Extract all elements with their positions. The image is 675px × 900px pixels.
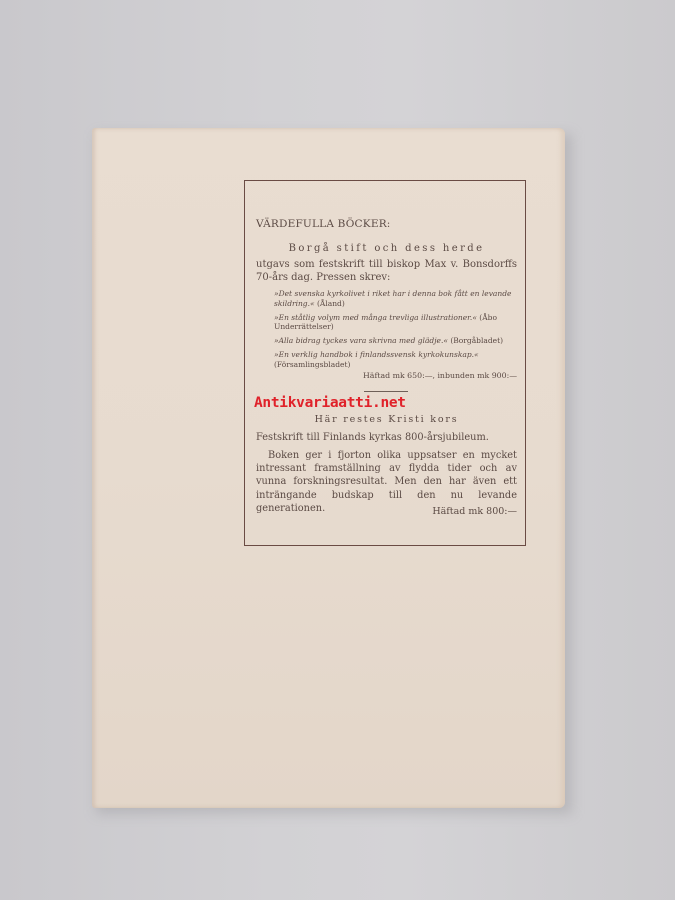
watermark: Antikvariaatti.net	[254, 395, 406, 411]
quote: »En verklig handbok i finlandssvensk kyr…	[274, 350, 517, 370]
heading: VÄRDEFULLA BÖCKER:	[256, 218, 391, 230]
book2-subtitle: Festskrift till Finlands kyrkas 800-årsj…	[256, 431, 517, 444]
book2-title: Här restes Kristi kors	[256, 414, 517, 425]
book-back-cover: VÄRDEFULLA BÖCKER: Borgå stift och dess …	[92, 128, 565, 808]
book1-description: utgavs som festskrift till biskop Max v.…	[256, 258, 517, 284]
book1-title: Borgå stift och dess herde	[256, 243, 517, 254]
text-frame: VÄRDEFULLA BÖCKER: Borgå stift och dess …	[244, 180, 526, 546]
quote: »Alla bidrag tyckes vara skrivna med glä…	[274, 336, 517, 346]
quote: »En ståtlig volym med många trevliga ill…	[274, 313, 517, 333]
book2-price: Häftad mk 800:—	[432, 506, 517, 517]
quote: »Det svenska kyrkolivet i riket har i de…	[274, 289, 517, 309]
separator-line	[364, 391, 408, 392]
book1-price: Häftad mk 650:—, inbunden mk 900:—	[363, 371, 517, 380]
press-quotes: »Det svenska kyrkolivet i riket har i de…	[274, 289, 517, 374]
